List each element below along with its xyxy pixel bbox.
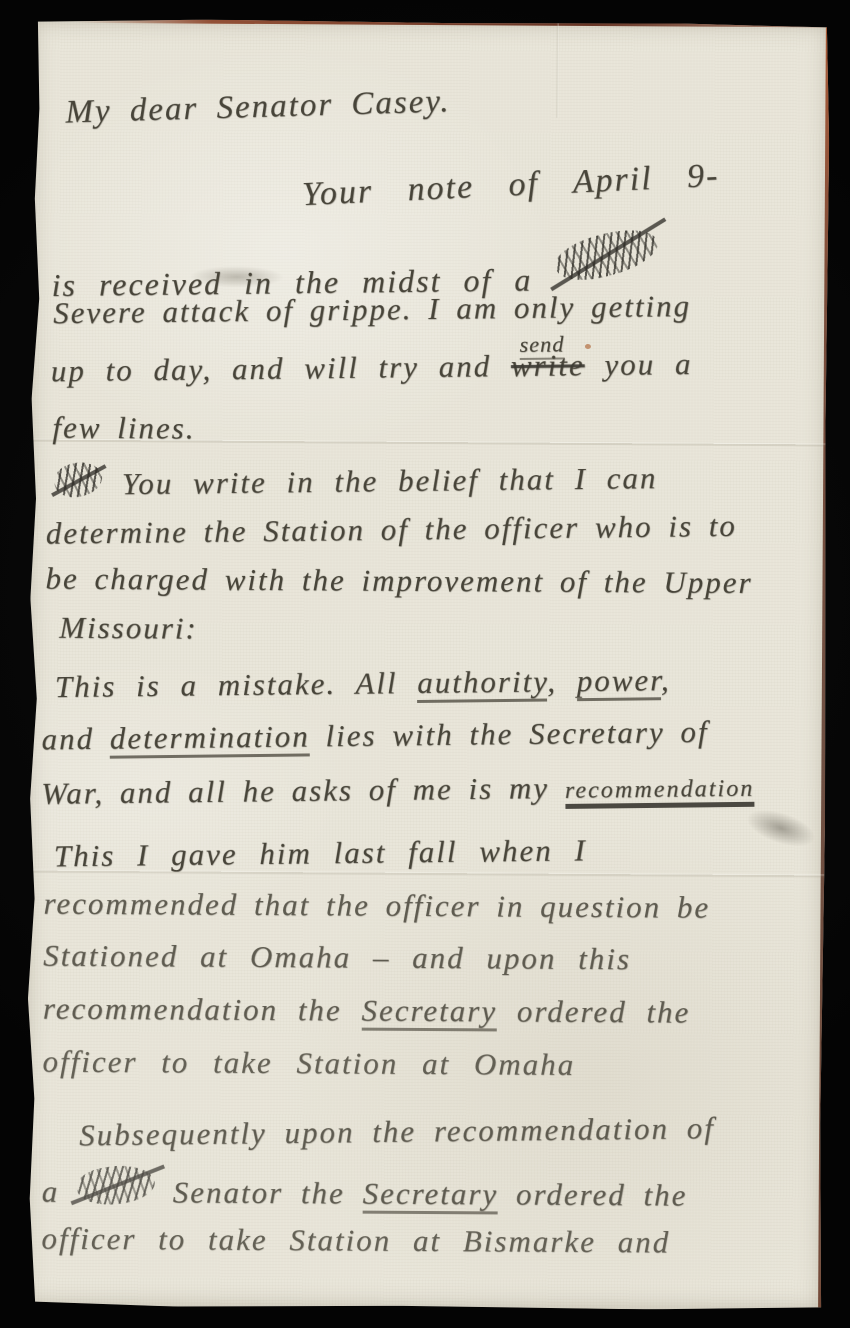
letter-line: recommended that the officer in question… bbox=[43, 886, 710, 926]
struck-word: writesend bbox=[511, 347, 585, 383]
underlined-word: authority bbox=[417, 664, 547, 703]
letter-text: Missouri: bbox=[59, 610, 198, 646]
letter-line: This is a mistake. All authority, power, bbox=[55, 662, 671, 705]
letter-text: You write in the belief that I can bbox=[102, 460, 658, 501]
letter-text: Subsequently upon the recommendation of bbox=[79, 1110, 715, 1152]
letter-line: few lines. bbox=[52, 410, 195, 447]
letter-text: recommendation the bbox=[43, 991, 362, 1028]
fold-crease-vertical bbox=[556, 22, 559, 118]
letter-text: officer to take Station at Omaha bbox=[42, 1044, 575, 1082]
scratched-out-word bbox=[550, 220, 662, 289]
underlined-word: recommendation bbox=[565, 775, 755, 809]
letter-text: ordered the bbox=[498, 1176, 687, 1212]
letter-line: recommendation the Secretary ordered the bbox=[43, 991, 691, 1031]
inserted-word: send bbox=[519, 331, 564, 359]
scan-background: My dear Senator Casey.Your note of April… bbox=[0, 0, 850, 1328]
letter-line: Your note of April 9- bbox=[301, 156, 720, 214]
letter-text: ordered the bbox=[497, 993, 690, 1029]
letter-text: lies with the Secretary of bbox=[310, 714, 709, 754]
letter-line: a Senator the Secretary ordered the bbox=[42, 1166, 688, 1214]
letter-text: be charged with the improvement of the U… bbox=[45, 561, 752, 600]
letter-text: you a bbox=[584, 346, 692, 382]
letter-text: This I gave him last fall when I bbox=[54, 832, 587, 873]
letter-text: My dear Senator Casey. bbox=[65, 83, 451, 130]
letter-text: Senator the bbox=[155, 1174, 363, 1210]
binding-edge-top bbox=[76, 19, 830, 28]
letter-line: determine the Station of the officer who… bbox=[46, 508, 737, 551]
letter-page: My dear Senator Casey.Your note of April… bbox=[23, 19, 830, 1311]
underlined-word: Secretary bbox=[362, 1176, 498, 1215]
scratched-out-word bbox=[51, 458, 105, 502]
scratched-out-word bbox=[75, 1162, 156, 1207]
underlined-word: determination bbox=[110, 718, 310, 758]
letter-line: and determination lies with the Secretar… bbox=[41, 714, 708, 757]
letter-text: , bbox=[547, 663, 577, 698]
pencil-smudge bbox=[743, 803, 819, 854]
underlined-word: power bbox=[577, 662, 662, 701]
letter-text: This is a mistake. All bbox=[55, 665, 418, 704]
letter-text: Stationed at Omaha – and upon this bbox=[43, 938, 631, 977]
underlined-word: Secretary bbox=[361, 993, 497, 1032]
letter-line: officer to take Station at Bismarke and bbox=[41, 1221, 670, 1260]
letter-line: Subsequently upon the recommendation of bbox=[79, 1110, 715, 1153]
binding-edge-right bbox=[818, 26, 830, 1307]
letter-text: up to day, and will try and bbox=[51, 348, 511, 388]
letter-line: You write in the belief that I can bbox=[54, 456, 658, 502]
letter-line: up to day, and will try and writesend yo… bbox=[51, 346, 693, 389]
letter-text: War, and all he asks of me is my bbox=[41, 770, 565, 811]
letter-text: few lines. bbox=[52, 410, 195, 446]
letter-text: , bbox=[661, 662, 671, 697]
letter-line: This I gave him last fall when I bbox=[54, 832, 587, 874]
letter-text: recommended that the officer in question… bbox=[43, 886, 710, 925]
letter-line: Missouri: bbox=[59, 610, 198, 646]
letter-line: War, and all he asks of me is my recomme… bbox=[41, 768, 754, 812]
letter-line: Stationed at Omaha – and upon this bbox=[43, 938, 631, 977]
letter-text: Severe attack of grippe. I am only getti… bbox=[53, 288, 691, 330]
letter-text: officer to take Station at Bismarke and bbox=[41, 1221, 670, 1260]
letter-text: and bbox=[41, 721, 110, 757]
letter-text: determine the Station of the officer who… bbox=[46, 508, 737, 551]
letter-text: Your note of April 9- bbox=[301, 157, 720, 213]
letter-line: Severe attack of grippe. I am only getti… bbox=[53, 288, 691, 331]
letter-line: officer to take Station at Omaha bbox=[42, 1044, 575, 1083]
letter-line: be charged with the improvement of the U… bbox=[45, 561, 752, 601]
letter-line: My dear Senator Casey. bbox=[65, 83, 451, 132]
